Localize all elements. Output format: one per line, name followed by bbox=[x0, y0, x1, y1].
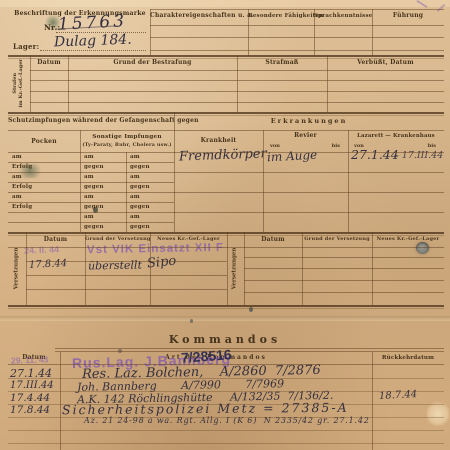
impf-label-gegen: gegen bbox=[130, 204, 150, 210]
rule bbox=[302, 232, 303, 305]
impf-label-am: am bbox=[130, 174, 140, 180]
ink-speck bbox=[190, 319, 193, 323]
impfungen-title: Schutzimpfungen während der Gefangenscha… bbox=[8, 118, 174, 125]
col-datum: Datum bbox=[26, 237, 85, 244]
kommandos-title: Kommandos bbox=[0, 334, 450, 347]
col-grund-bestrafung: Grund der Bestrafung bbox=[68, 60, 237, 67]
rule bbox=[8, 417, 444, 418]
rule bbox=[8, 202, 174, 203]
impf-label-am: am bbox=[130, 214, 140, 220]
krankheit-entry: Fremdkörper bbox=[179, 147, 267, 163]
rule bbox=[8, 222, 174, 223]
col-fuehrung: Führung bbox=[372, 13, 444, 20]
fold-crease bbox=[0, 316, 450, 321]
col-neues-lager: Neues Kr.-Gef.-Lager bbox=[372, 237, 444, 243]
impf-label-am: am bbox=[130, 154, 140, 160]
bis-label: bis bbox=[428, 143, 436, 149]
rule bbox=[150, 50, 444, 51]
rule bbox=[263, 130, 264, 232]
col-datum: Datum bbox=[244, 237, 302, 244]
rule bbox=[244, 257, 444, 258]
rule bbox=[8, 247, 444, 248]
rule bbox=[8, 232, 444, 234]
rule bbox=[8, 182, 174, 183]
rule bbox=[314, 9, 315, 56]
impf-label-erfolg: Erfolg bbox=[12, 204, 32, 210]
impf-label-am: am bbox=[12, 174, 22, 180]
rule bbox=[8, 305, 444, 307]
id-number-value: 15763 bbox=[58, 13, 128, 34]
impf-label-erfolg: Erfolg bbox=[12, 164, 32, 170]
impf-label-erfolg: Erfolg bbox=[12, 184, 32, 190]
rule bbox=[26, 261, 227, 262]
rule bbox=[60, 352, 61, 450]
rule bbox=[348, 130, 349, 232]
rule bbox=[8, 308, 444, 309]
versetzungen-side-label-right: Versetzungen bbox=[232, 233, 239, 303]
rule bbox=[8, 152, 444, 153]
rule bbox=[8, 162, 174, 163]
rule bbox=[174, 172, 444, 173]
col-sprachkenntnisse: Sprachkenntnisse bbox=[314, 13, 372, 19]
rule bbox=[8, 430, 444, 431]
rule bbox=[150, 9, 444, 10]
rule bbox=[248, 9, 249, 56]
rule bbox=[55, 348, 444, 349]
impf-label-gegen: gegen bbox=[130, 184, 150, 190]
rule bbox=[8, 130, 444, 131]
rule bbox=[244, 268, 444, 269]
impf-label-am: am bbox=[84, 154, 94, 160]
rule bbox=[8, 404, 444, 405]
rule bbox=[8, 391, 444, 392]
rule bbox=[8, 192, 174, 193]
col-datum: Datum bbox=[30, 60, 68, 67]
camp-label: Lager: bbox=[13, 43, 39, 51]
rule bbox=[26, 275, 227, 276]
col-sonstige-impfungen-sub: (Ty-Paraty, Ruhr, Cholera usw.) bbox=[80, 143, 174, 149]
rule bbox=[26, 289, 227, 290]
rule bbox=[327, 55, 328, 112]
rule bbox=[227, 232, 228, 305]
kommando-row-datum: 17.4.44 bbox=[10, 393, 50, 404]
revier-entry: im Auge bbox=[267, 149, 318, 164]
strafen-side-label: Strafen im Kr.-Gef.-Lager bbox=[12, 54, 25, 112]
rule bbox=[126, 152, 127, 232]
impf-label-gegen: gegen bbox=[84, 204, 104, 210]
kommando-row-art: Az. 21 24-98 a wa. Rgt. Allg. I (K 6) N … bbox=[84, 417, 370, 425]
col-rueckkehrdatum: Rückkehrdatum bbox=[372, 355, 444, 361]
impf-label-am: am bbox=[84, 214, 94, 220]
rule bbox=[8, 172, 174, 173]
rule bbox=[244, 280, 444, 281]
rule bbox=[150, 25, 444, 26]
pow-record-card: Beschriftung der Erkennungsmarke Nr.: 15… bbox=[0, 0, 450, 450]
rule bbox=[8, 443, 444, 444]
rule bbox=[8, 378, 444, 379]
strafen-side-label-line2: im Kr.-Gef.-Lager bbox=[18, 59, 24, 108]
col-revier: Revier bbox=[263, 133, 348, 140]
rule bbox=[8, 235, 444, 236]
impf-label-gegen: gegen bbox=[84, 224, 104, 230]
impf-label-am: am bbox=[84, 194, 94, 200]
rule bbox=[244, 232, 245, 305]
col-sonstige-impfungen: Sonstige Impfungen bbox=[80, 134, 174, 141]
rule bbox=[174, 112, 175, 232]
impf-label-gegen: gegen bbox=[130, 224, 150, 230]
lazarett-entry-von: 27.1.44 bbox=[351, 149, 399, 162]
rule bbox=[8, 58, 444, 59]
impf-label-am: am bbox=[84, 174, 94, 180]
rule bbox=[8, 364, 444, 365]
kommandos-stamp-number: 7/28516 bbox=[181, 347, 232, 364]
col-krankheit: Krankheit bbox=[174, 138, 263, 145]
impf-label-gegen: gegen bbox=[84, 164, 104, 170]
rule bbox=[244, 292, 444, 293]
rule bbox=[372, 352, 373, 450]
punch-hole bbox=[416, 242, 429, 254]
rule bbox=[85, 232, 86, 305]
rule bbox=[26, 232, 27, 305]
rule bbox=[55, 351, 444, 352]
col-grund-versetzung: Grund der Versetzung bbox=[302, 237, 372, 243]
rule bbox=[8, 55, 444, 57]
col-lazarett-krankenhaus: Lazarett — Krankenhaus bbox=[348, 133, 444, 139]
col-strafmass: Strafmaß bbox=[237, 60, 327, 67]
col-grund-versetzung: Grund der Versetzung bbox=[85, 237, 150, 243]
rule bbox=[150, 37, 444, 38]
rule bbox=[372, 232, 373, 305]
col-besondere-faehigkeiten: Besondere Fähigkeiten bbox=[248, 13, 314, 19]
rule bbox=[150, 9, 151, 56]
rule bbox=[8, 115, 444, 116]
erkrankungen-title: Erkrankungen bbox=[174, 118, 444, 125]
bis-label: bis bbox=[332, 143, 340, 149]
rule bbox=[372, 9, 373, 56]
col-charaktereigenschaften: Charaktereigenschaften u. a. bbox=[150, 13, 248, 20]
kommando-row-datum: 17.III.44 bbox=[10, 381, 54, 391]
impf-label-gegen: gegen bbox=[84, 184, 104, 190]
strafen-side-label-line1: Strafen bbox=[12, 73, 18, 94]
kommando-row-datum: 17.8.44 bbox=[10, 405, 50, 416]
impf-label-am: am bbox=[12, 154, 22, 160]
col-verbuesst-datum: Verbüßt, Datum bbox=[327, 60, 444, 67]
rule bbox=[237, 55, 238, 112]
rule bbox=[30, 55, 31, 112]
rule bbox=[8, 112, 444, 114]
rule bbox=[68, 55, 69, 112]
von-label: von bbox=[270, 143, 280, 149]
rule bbox=[8, 212, 174, 213]
rule bbox=[80, 130, 81, 232]
camp-name-value: Dulag 184. bbox=[54, 33, 132, 50]
paper-top-edge bbox=[0, 0, 450, 7]
versetzungen-side-label-left: Versetzungen bbox=[14, 233, 21, 303]
rule bbox=[150, 232, 151, 305]
impf-label-gegen: gegen bbox=[130, 164, 150, 170]
paper-tear bbox=[427, 402, 449, 426]
impf-label-am: am bbox=[12, 194, 22, 200]
rule bbox=[174, 192, 444, 193]
rule bbox=[174, 212, 444, 213]
impf-label-am: am bbox=[130, 194, 140, 200]
col-pocken: Pocken bbox=[8, 139, 80, 146]
